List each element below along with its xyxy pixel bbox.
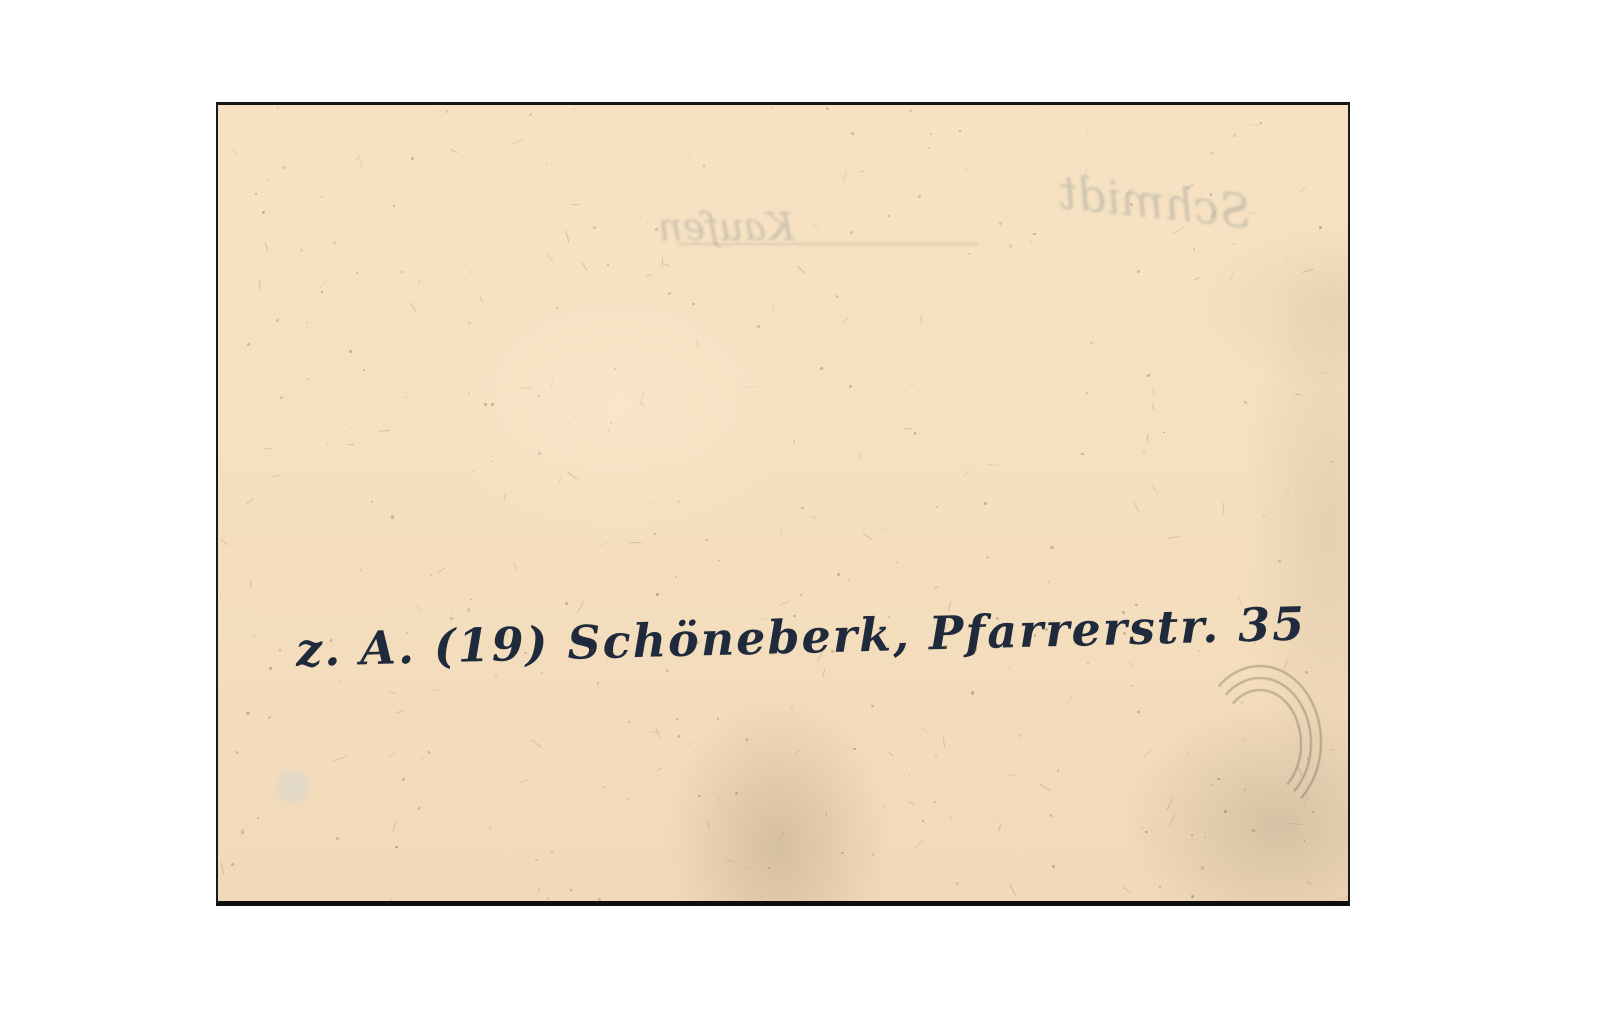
paper-speck bbox=[826, 107, 829, 110]
paper-fiber bbox=[566, 231, 570, 243]
paper-speck bbox=[470, 599, 472, 601]
paper-fiber bbox=[1194, 277, 1200, 280]
paper-speck bbox=[871, 705, 873, 707]
paper-fiber bbox=[259, 281, 260, 290]
paper-speck bbox=[570, 889, 571, 890]
paper-speck bbox=[915, 701, 916, 702]
paper-speck bbox=[872, 853, 874, 855]
paper-speck bbox=[535, 859, 537, 861]
paper-speck bbox=[652, 503, 654, 505]
paper-fiber bbox=[921, 315, 922, 322]
paper-speck bbox=[583, 488, 584, 489]
paper-fiber bbox=[1329, 749, 1335, 751]
paper-fiber bbox=[842, 317, 848, 323]
paper-fiber bbox=[1087, 132, 1090, 137]
paper-fiber bbox=[863, 533, 873, 540]
paper-speck bbox=[413, 706, 414, 707]
paper-fiber bbox=[1291, 823, 1303, 825]
paper-speck bbox=[1052, 865, 1055, 868]
paper-fiber bbox=[1166, 798, 1173, 810]
paper-fiber bbox=[772, 302, 775, 313]
paper-speck bbox=[393, 205, 396, 208]
paper-speck bbox=[262, 211, 265, 214]
paper-speck bbox=[853, 748, 856, 751]
paper-fiber bbox=[942, 736, 945, 748]
paper-speck bbox=[654, 533, 656, 535]
paper-fiber bbox=[519, 387, 531, 389]
paper-speck bbox=[656, 593, 659, 596]
paper-fiber bbox=[629, 542, 641, 543]
paper-speck bbox=[529, 113, 532, 116]
paper-fiber bbox=[779, 600, 791, 606]
paper-speck bbox=[1258, 335, 1259, 336]
paper-speck bbox=[607, 660, 608, 661]
paper-fiber bbox=[1342, 896, 1348, 899]
paper-speck bbox=[468, 393, 469, 394]
paper-speck bbox=[349, 350, 352, 353]
paper-speck bbox=[269, 667, 271, 669]
paper-speck bbox=[546, 163, 548, 165]
paper-speck bbox=[914, 432, 916, 434]
paper-speck bbox=[231, 863, 234, 866]
paper-fiber bbox=[998, 824, 1002, 831]
paper-speck bbox=[761, 896, 763, 898]
paper-fiber bbox=[450, 149, 458, 153]
paper-speck bbox=[411, 157, 414, 160]
paper-speck bbox=[837, 573, 840, 576]
paper-speck bbox=[241, 832, 244, 835]
paper-speck bbox=[623, 482, 624, 483]
paper-fiber bbox=[727, 859, 739, 864]
paper-fiber bbox=[558, 476, 561, 483]
paper-fiber bbox=[1151, 483, 1159, 494]
paper-fiber bbox=[358, 154, 362, 168]
paper-speck bbox=[655, 228, 657, 230]
paper-fiber bbox=[933, 754, 937, 758]
paper-speck bbox=[1147, 374, 1150, 377]
paper-speck bbox=[791, 708, 793, 710]
paper-speck bbox=[692, 303, 695, 306]
paper-speck bbox=[276, 319, 279, 322]
paper-fiber bbox=[432, 689, 441, 690]
paper-speck bbox=[551, 851, 553, 853]
paper-fiber bbox=[1322, 372, 1328, 374]
paper-speck bbox=[277, 106, 278, 107]
paper-speck bbox=[628, 798, 629, 799]
paper-speck bbox=[556, 307, 558, 309]
paper-fiber bbox=[1152, 389, 1154, 394]
paper-speck bbox=[331, 129, 332, 130]
paper-speck bbox=[849, 385, 852, 388]
paper-speck bbox=[340, 173, 341, 174]
paper-speck bbox=[445, 110, 447, 112]
paper-speck bbox=[319, 152, 320, 153]
paper-speck bbox=[614, 368, 616, 370]
paper-speck bbox=[1252, 829, 1255, 832]
paper-fiber bbox=[332, 757, 343, 761]
paper-speck bbox=[530, 224, 532, 226]
paper-speck bbox=[333, 241, 335, 243]
paper-speck bbox=[308, 378, 310, 380]
paper-fiber bbox=[349, 444, 354, 445]
paper-fiber bbox=[247, 499, 253, 505]
paper-fiber bbox=[745, 867, 751, 870]
paper-fiber bbox=[1133, 500, 1139, 512]
paper-speck bbox=[1081, 453, 1084, 456]
paper-speck bbox=[252, 479, 253, 480]
paper-speck bbox=[995, 816, 996, 817]
postmark-ring-inner bbox=[1218, 689, 1302, 799]
paper-fiber bbox=[1142, 826, 1144, 830]
paper-speck bbox=[628, 721, 630, 723]
paper-speck bbox=[896, 562, 898, 564]
paper-speck bbox=[356, 158, 358, 160]
paper-fiber bbox=[1167, 536, 1180, 539]
paper-fiber bbox=[1301, 268, 1313, 273]
paper-fiber bbox=[571, 204, 579, 205]
paper-speck bbox=[934, 801, 936, 803]
paper-speck bbox=[538, 395, 540, 397]
paper-speck bbox=[468, 322, 470, 324]
paper-speck bbox=[597, 682, 600, 685]
paper-fiber bbox=[513, 561, 517, 569]
paper-speck bbox=[473, 471, 474, 472]
paper-speck bbox=[678, 501, 680, 503]
paper-speck bbox=[841, 852, 843, 854]
paper-speck bbox=[400, 271, 402, 273]
paper-speck bbox=[698, 795, 701, 798]
paper-speck bbox=[981, 299, 982, 300]
paper-fiber bbox=[512, 138, 523, 145]
paper-fiber bbox=[797, 265, 806, 273]
paper-fiber bbox=[1229, 272, 1235, 283]
paper-speck bbox=[859, 727, 860, 728]
paper-speck bbox=[966, 169, 968, 171]
paper-fiber bbox=[1168, 814, 1175, 826]
paper-speck bbox=[1086, 392, 1088, 394]
paper-speck bbox=[1050, 546, 1053, 549]
paper-fiber bbox=[265, 242, 269, 251]
paper-fiber bbox=[883, 804, 884, 808]
paper-speck bbox=[1162, 798, 1163, 799]
paper-speck bbox=[566, 787, 567, 788]
paper-speck bbox=[391, 515, 394, 518]
paper-speck bbox=[1204, 836, 1206, 838]
paper-fiber bbox=[655, 727, 660, 738]
paper-fiber bbox=[1296, 394, 1302, 395]
paper-speck bbox=[668, 292, 671, 295]
paper-speck bbox=[367, 421, 368, 422]
paper-speck bbox=[405, 397, 407, 399]
paper-speck bbox=[246, 712, 249, 715]
paper-fiber bbox=[778, 831, 785, 840]
paper-fiber bbox=[389, 692, 396, 694]
bleedthrough-line bbox=[678, 243, 978, 245]
paper-fiber bbox=[1129, 662, 1132, 668]
paper-fiber bbox=[1249, 212, 1256, 214]
paper-fiber bbox=[1122, 886, 1131, 892]
paper-speck bbox=[956, 882, 959, 885]
paper-speck bbox=[888, 215, 890, 217]
paper-speck bbox=[1050, 814, 1052, 816]
paper-speck bbox=[909, 774, 911, 776]
paper-speck bbox=[279, 649, 282, 652]
paper-speck bbox=[1035, 337, 1036, 338]
paper-fiber bbox=[479, 295, 483, 303]
paper-fiber bbox=[531, 739, 542, 748]
paper-fiber bbox=[934, 586, 939, 589]
paper-speck bbox=[793, 440, 795, 442]
paper-speck bbox=[1318, 694, 1320, 696]
paper-speck bbox=[1059, 622, 1061, 624]
scan-page: Schmidt Kaufen z. A. (19) Schöneberk, Pf… bbox=[0, 0, 1600, 1032]
paper-fiber bbox=[921, 728, 928, 733]
paper-speck bbox=[610, 422, 612, 424]
paper-speck bbox=[851, 107, 852, 108]
paper-fiber bbox=[1152, 404, 1155, 410]
paper-fiber bbox=[795, 750, 800, 754]
paper-fiber bbox=[882, 528, 890, 532]
paper-speck bbox=[1233, 134, 1236, 137]
paper-fiber bbox=[520, 779, 530, 784]
paper-fiber bbox=[420, 755, 425, 763]
paper-speck bbox=[236, 751, 238, 753]
paper-speck bbox=[1047, 581, 1050, 584]
paper-fiber bbox=[746, 386, 757, 388]
paper-speck bbox=[1009, 244, 1012, 247]
paper-speck bbox=[350, 427, 351, 428]
paper-speck bbox=[678, 735, 681, 738]
paper-speck bbox=[395, 846, 397, 848]
paper-speck bbox=[705, 539, 707, 541]
paper-speck bbox=[241, 829, 244, 832]
paper-speck bbox=[280, 396, 283, 399]
paper-speck bbox=[1299, 183, 1300, 184]
paper-fiber bbox=[417, 604, 421, 612]
paper-fiber bbox=[607, 427, 610, 433]
paper-speck bbox=[1137, 711, 1140, 714]
paper-speck bbox=[1145, 831, 1147, 833]
paper-speck bbox=[1193, 248, 1195, 250]
paper-speck bbox=[746, 738, 749, 741]
paper-speck bbox=[402, 778, 405, 781]
paper-fiber bbox=[1298, 185, 1308, 194]
paper-speck bbox=[418, 807, 420, 809]
paper-fiber bbox=[396, 709, 405, 714]
paper-speck bbox=[363, 369, 366, 372]
paper-speck bbox=[491, 403, 494, 406]
paper-fiber bbox=[1250, 124, 1263, 125]
paper-speck bbox=[1331, 461, 1333, 463]
paper-speck bbox=[689, 154, 691, 156]
paper-speck bbox=[430, 574, 432, 576]
paper-fiber bbox=[252, 634, 257, 636]
paper-fiber bbox=[1008, 665, 1010, 670]
paper-speck bbox=[538, 452, 541, 455]
paper-speck bbox=[593, 226, 596, 229]
paper-speck bbox=[820, 367, 823, 370]
paper-speck bbox=[971, 691, 974, 694]
paper-fiber bbox=[909, 802, 914, 804]
paper-speck bbox=[1224, 810, 1227, 813]
paper-fiber bbox=[646, 274, 651, 277]
paper-speck bbox=[1210, 152, 1213, 155]
paper-fiber bbox=[389, 752, 395, 758]
paper-speck bbox=[282, 166, 285, 169]
paper-fiber bbox=[417, 279, 421, 284]
paper-speck bbox=[718, 560, 719, 561]
paper-fiber bbox=[1283, 658, 1289, 669]
paper-speck bbox=[541, 672, 544, 675]
paper-speck bbox=[1090, 342, 1093, 345]
paper-speck bbox=[801, 507, 803, 509]
paper-fiber bbox=[539, 887, 540, 893]
paper-speck bbox=[817, 185, 818, 186]
paper-speck bbox=[800, 594, 803, 597]
paper-speck bbox=[1233, 243, 1236, 246]
paper-speck bbox=[480, 261, 481, 262]
paper-fiber bbox=[272, 474, 280, 477]
paper-speck bbox=[255, 228, 256, 229]
paper-fiber bbox=[913, 840, 923, 849]
paper-speck bbox=[911, 284, 912, 285]
paper-fiber bbox=[410, 303, 417, 312]
paper-fiber bbox=[963, 469, 969, 477]
paper-speck bbox=[428, 751, 431, 754]
paper-speck bbox=[969, 253, 971, 255]
paper-speck bbox=[1018, 734, 1021, 737]
paper-speck bbox=[735, 792, 738, 795]
paper-speck bbox=[717, 718, 719, 720]
handwritten-address: z. A. (19) Schöneberk, Pfarrerstr. 35 bbox=[295, 597, 1306, 677]
paper-speck bbox=[836, 295, 839, 298]
paper-speck bbox=[546, 897, 549, 900]
paper-speck bbox=[1163, 432, 1165, 434]
paper-fiber bbox=[504, 495, 505, 501]
paper-speck bbox=[935, 426, 936, 427]
paper-speck bbox=[1255, 642, 1256, 643]
paper-fiber bbox=[1146, 434, 1148, 441]
paper-speck bbox=[1159, 886, 1161, 888]
paper-speck bbox=[371, 501, 373, 503]
paper-speck bbox=[1187, 753, 1189, 755]
paper-speck bbox=[768, 867, 770, 869]
paper-speck bbox=[1167, 323, 1168, 324]
paper-speck bbox=[447, 453, 448, 454]
paper-speck bbox=[484, 403, 487, 406]
paper-speck bbox=[944, 645, 947, 648]
paper-fiber bbox=[318, 279, 328, 290]
paper-speck bbox=[412, 295, 413, 296]
paper-fiber bbox=[809, 516, 816, 519]
paper-fiber bbox=[1029, 238, 1032, 244]
paper-speck bbox=[1201, 866, 1204, 869]
paper-fiber bbox=[904, 428, 913, 429]
paper-fiber bbox=[221, 540, 229, 546]
paper-speck bbox=[1278, 560, 1281, 563]
paper-fiber bbox=[842, 170, 847, 182]
paper-speck bbox=[300, 249, 303, 252]
paper-fiber bbox=[1036, 102, 1037, 107]
paper-speck bbox=[1034, 634, 1036, 636]
paper-fiber bbox=[263, 448, 273, 449]
paper-fiber bbox=[1039, 783, 1051, 791]
paper-speck bbox=[564, 594, 565, 595]
paper-fiber bbox=[577, 601, 584, 614]
paper-speck bbox=[684, 168, 685, 169]
paper-speck bbox=[360, 569, 362, 571]
paper-speck bbox=[703, 165, 705, 167]
paper-fiber bbox=[1223, 502, 1225, 514]
paper-speck bbox=[999, 222, 1002, 225]
paper-fiber bbox=[390, 898, 391, 906]
paper-speck bbox=[1191, 895, 1194, 898]
paper-fiber bbox=[1144, 749, 1154, 758]
paper-fiber bbox=[1010, 884, 1017, 896]
paper-speck bbox=[928, 147, 930, 149]
paper-speck bbox=[973, 886, 974, 887]
paper-speck bbox=[1244, 401, 1247, 404]
paper-speck bbox=[918, 195, 921, 198]
paper-fiber bbox=[567, 472, 577, 481]
paper-speck bbox=[851, 132, 854, 135]
paper-speck bbox=[1293, 349, 1295, 351]
paper-speck bbox=[327, 444, 328, 445]
paper-fiber bbox=[233, 148, 237, 156]
paper-fiber bbox=[597, 541, 609, 546]
paper-fiber bbox=[437, 568, 444, 573]
paper-speck bbox=[268, 179, 269, 180]
paper-speck bbox=[757, 325, 760, 328]
paper-speck bbox=[922, 820, 924, 822]
paper-speck bbox=[491, 461, 492, 462]
paper-fiber bbox=[656, 767, 662, 771]
paper-speck bbox=[489, 826, 492, 829]
paper-speck bbox=[602, 786, 605, 789]
paper-speck bbox=[1191, 834, 1193, 836]
paper-speck bbox=[771, 107, 772, 108]
paper-fiber bbox=[379, 430, 390, 432]
paper-speck bbox=[1131, 685, 1133, 687]
paper-speck bbox=[565, 602, 568, 605]
paper-speck bbox=[1070, 394, 1071, 395]
paper-fiber bbox=[221, 863, 225, 875]
paper-speck bbox=[909, 110, 912, 113]
paper-fiber bbox=[987, 464, 1000, 466]
smudge-mark bbox=[278, 770, 308, 804]
postcard-back: Schmidt Kaufen z. A. (19) Schöneberk, Pf… bbox=[216, 102, 1350, 906]
paper-fiber bbox=[707, 821, 709, 830]
paper-speck bbox=[690, 743, 692, 745]
paper-speck bbox=[495, 675, 497, 677]
paper-speck bbox=[1137, 270, 1140, 273]
paper-speck bbox=[1143, 451, 1145, 453]
paper-fiber bbox=[662, 263, 670, 266]
paper-speck bbox=[1087, 663, 1088, 664]
paper-speck bbox=[467, 608, 470, 611]
paper-speck bbox=[257, 817, 259, 819]
paper-speck bbox=[487, 741, 488, 742]
paper-fiber bbox=[822, 669, 825, 678]
paper-speck bbox=[306, 322, 307, 323]
paper-speck bbox=[1287, 489, 1290, 492]
paper-speck bbox=[607, 264, 609, 266]
paper-speck bbox=[936, 506, 938, 508]
paper-speck bbox=[462, 136, 463, 137]
paper-speck bbox=[1305, 671, 1308, 674]
paper-speck bbox=[574, 415, 576, 417]
paper-speck bbox=[356, 272, 358, 274]
